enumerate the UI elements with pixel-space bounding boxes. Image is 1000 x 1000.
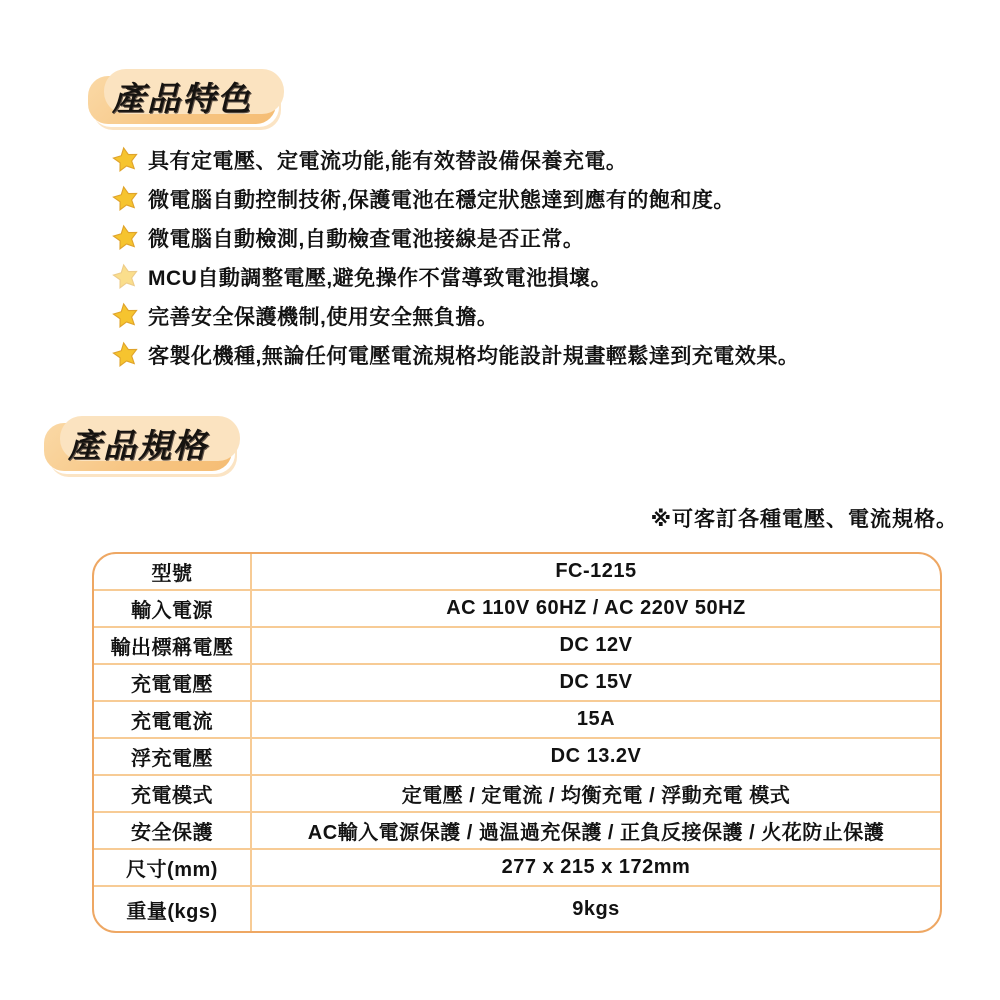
features-title: 產品特色 bbox=[112, 80, 252, 117]
spec-row-charge-mode: 充電模式 定電壓 / 定電流 / 均衡充電 / 浮動充電 模式 bbox=[94, 776, 940, 813]
spec-value: AC 110V 60HZ / AC 220V 50HZ bbox=[252, 591, 940, 626]
feature-text: 微電腦自動控制技術,保護電池在穩定狀態達到應有的飽和度。 bbox=[148, 184, 735, 214]
specs-title-badge: 產品規格 bbox=[44, 423, 232, 471]
feature-text: 完善安全保護機制,使用安全無負擔。 bbox=[148, 301, 498, 331]
spec-row-float-voltage: 浮充電壓 DC 13.2V bbox=[94, 739, 940, 776]
spec-label: 尺寸(mm) bbox=[94, 850, 252, 885]
spec-value: AC輸入電源保護 / 過温過充保護 / 正負反接保護 / 火花防止保護 bbox=[252, 813, 940, 848]
spec-row-dimensions: 尺寸(mm) 277 x 215 x 172mm bbox=[94, 850, 940, 887]
spec-label: 重量(kgs) bbox=[94, 887, 252, 931]
spec-row-charge-current: 充電電流 15A bbox=[94, 702, 940, 739]
specs-title: 產品規格 bbox=[68, 427, 208, 464]
feature-text: MCU自動調整電壓,避免操作不當導致電池損壞。 bbox=[148, 262, 612, 292]
spec-label: 充電電流 bbox=[94, 702, 252, 737]
spec-value: DC 15V bbox=[252, 665, 940, 700]
spec-row-model: 型號 FC-1215 bbox=[94, 554, 940, 591]
star-icon bbox=[110, 183, 141, 214]
spec-label: 型號 bbox=[94, 554, 252, 589]
star-icon bbox=[110, 261, 141, 292]
feature-item: 微電腦自動檢測,自動檢查電池接線是否正常。 bbox=[112, 218, 799, 257]
spec-value: FC-1215 bbox=[252, 554, 940, 589]
spec-row-charge-voltage: 充電電壓 DC 15V bbox=[94, 665, 940, 702]
feature-item: 具有定電壓、定電流功能,能有效替設備保養充電。 bbox=[112, 140, 799, 179]
spec-label: 充電電壓 bbox=[94, 665, 252, 700]
star-icon bbox=[110, 222, 141, 253]
spec-value: 15A bbox=[252, 702, 940, 737]
spec-value: DC 13.2V bbox=[252, 739, 940, 774]
spec-label: 輸出標稱電壓 bbox=[94, 628, 252, 663]
feature-text: 具有定電壓、定電流功能,能有效替設備保養充電。 bbox=[148, 145, 627, 175]
feature-item: 完善安全保護機制,使用安全無負擔。 bbox=[112, 296, 799, 335]
spec-value: DC 12V bbox=[252, 628, 940, 663]
spec-row-output-nominal-voltage: 輸出標稱電壓 DC 12V bbox=[94, 628, 940, 665]
feature-list: 具有定電壓、定電流功能,能有效替設備保養充電。 微電腦自動控制技術,保護電池在穩… bbox=[112, 140, 799, 374]
spec-value: 定電壓 / 定電流 / 均衡充電 / 浮動充電 模式 bbox=[252, 776, 940, 811]
star-icon bbox=[110, 300, 141, 331]
spec-row-safety-protection: 安全保護 AC輸入電源保護 / 過温過充保護 / 正負反接保護 / 火花防止保護 bbox=[94, 813, 940, 850]
spec-label: 安全保護 bbox=[94, 813, 252, 848]
spec-label: 充電模式 bbox=[94, 776, 252, 811]
spec-label: 浮充電壓 bbox=[94, 739, 252, 774]
spec-value: 9kgs bbox=[252, 887, 940, 931]
spec-table: 型號 FC-1215 輸入電源 AC 110V 60HZ / AC 220V 5… bbox=[92, 552, 942, 933]
custom-order-note: ※可客訂各種電壓、電流規格。 bbox=[651, 503, 958, 533]
feature-item: 客製化機種,無論任何電壓電流規格均能設計規畫輕鬆達到充電效果。 bbox=[112, 335, 799, 374]
feature-text: 微電腦自動檢測,自動檢查電池接線是否正常。 bbox=[148, 223, 584, 253]
spec-label: 輸入電源 bbox=[94, 591, 252, 626]
feature-text: 客製化機種,無論任何電壓電流規格均能設計規畫輕鬆達到充電效果。 bbox=[148, 340, 799, 370]
spec-row-weight: 重量(kgs) 9kgs bbox=[94, 887, 940, 931]
spec-value: 277 x 215 x 172mm bbox=[252, 850, 940, 885]
features-title-badge: 產品特色 bbox=[88, 76, 276, 124]
star-icon bbox=[110, 144, 141, 175]
feature-item: MCU自動調整電壓,避免操作不當導致電池損壞。 bbox=[112, 257, 799, 296]
product-spec-sheet: 產品特色 具有定電壓、定電流功能,能有效替設備保養充電。 微電腦自動控制技術,保… bbox=[0, 0, 1000, 1000]
spec-row-input-power: 輸入電源 AC 110V 60HZ / AC 220V 50HZ bbox=[94, 591, 940, 628]
star-icon bbox=[110, 339, 141, 370]
feature-item: 微電腦自動控制技術,保護電池在穩定狀態達到應有的飽和度。 bbox=[112, 179, 799, 218]
